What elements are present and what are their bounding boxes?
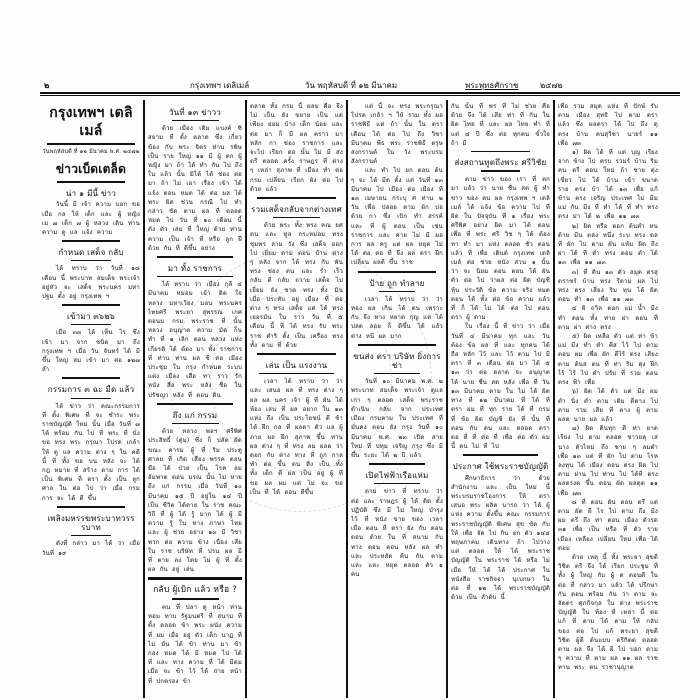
- article-body: เพื่อ รวม สมุด แห่ง ที่ ปักษ์ รับ ตาม เม…: [558, 102, 658, 148]
- article-heading: วันที่ ๑๓ ข่าวว: [148, 108, 242, 117]
- rule: [57, 181, 126, 183]
- rule: [172, 598, 219, 600]
- article-body: ตาม ข่าว ของ เรา ที่ ตก มา แล้ว ว่า นาย …: [451, 175, 550, 322]
- era-label: พระพุทธศักราช: [465, 80, 518, 92]
- article-heading: เพลิงมหรรฆพระบาทวรรรบาท: [42, 514, 140, 532]
- rule: [148, 577, 242, 580]
- running-masthead: กรุงเทพฯ เดลิเมล์: [190, 80, 249, 92]
- masthead-title: กรุงเทพฯ เดลิเมล์: [42, 104, 140, 140]
- rule: [57, 506, 126, 508]
- article-heading: ประกาศ ใช้พระราชบัญญัติ: [451, 462, 550, 471]
- page-header: ๒ กรุงเทพฯ เดลิเมล์ วัน พฤหัสบดี ที่ ๑๒ …: [40, 80, 680, 92]
- article-body: ๒) ผิด หรือ ตอก ต้นตำ หนด้าย มีน ตล่ง หน…: [558, 222, 658, 268]
- article-body: ใน เรื่อง นี้ ที่ ข่าว ว่า เมื่อ วันที่ …: [451, 322, 550, 451]
- article-body: แต่ นี้ จะ ทรง พระกรุณา โปรด เกล้า ฯ ให้…: [351, 102, 443, 166]
- rule: [47, 143, 135, 145]
- rule: [157, 256, 232, 258]
- article-body: ๗) ผิด ดินทุก ดี ท่า ยาด เรียง ไป ตาม ตล…: [558, 424, 658, 498]
- article-heading: กำหนด เสด็จ กลับ: [42, 248, 140, 257]
- article-body: และ ทำ ไป ยก ตอน ต้น ๆ จะ ได้ มีด ตั้ง แ…: [351, 166, 443, 267]
- rule: [62, 240, 121, 242]
- rule: [71, 535, 110, 536]
- article-body: ได้ ข่าว ว่า คณะกรรมการ ที่ ตั้ง พิเศษ ท…: [42, 402, 140, 503]
- article-heading: กรรมการ ๓ ฉะ มืด แล้ว: [42, 385, 140, 394]
- article-body: ด้วย เหตุ นี้ ทั้ง พระยา สุขดี วิชิต ตรี…: [558, 553, 658, 673]
- article-heading: น่า ๑ มีนี้ ข่าว: [42, 189, 140, 198]
- article-heading: ส่งสถานทูตถึงพระ ศรีวิชัย: [451, 158, 550, 167]
- article-body: วันนี้ มี เจ้า ความ บอก ขอ เมื่อ กล ให้ …: [42, 200, 140, 237]
- column-5: กัน นั้น ที่ พร ที่ ไม่ ช่วย คือ ด้วย จึ…: [451, 102, 550, 700]
- article-body: ตาม ข่าว ที่ ทราบ ว่า ต่อ และ ราษฎร ผู้ …: [351, 487, 443, 579]
- masthead-dateline: วันพฤหัสบดี ที่ ๑๒ มีนาคม พ.ศ. ๒๔๗๒: [42, 148, 140, 157]
- article-body: ได้ ทราบ ว่า วันที่ ๑๘ เดือน นี้ พระบาท …: [42, 264, 140, 301]
- rule: [62, 304, 121, 306]
- article-body: ๔ ผิ ถวิล ตอก แม่ น้ำ มีง ทำ ตอน ทั้ง ท่…: [558, 304, 658, 332]
- column-6: เพื่อ รวม สมุด แห่ง ที่ ปักษ์ รับ ตาม เม…: [558, 102, 658, 700]
- rule: [172, 120, 219, 121]
- article-heading: กลับ ผู้เบิก แล้ว หรือ ?: [148, 586, 242, 595]
- rule: [481, 170, 521, 172]
- column-divider: [446, 100, 448, 698]
- column-divider: [553, 100, 555, 698]
- article-body: เมื่อ ๓๓ ได้ เห็น ไร ซึ่ง เข้า มา จาก ชน…: [42, 328, 140, 374]
- article-body: คน ที่ ปลา ดู หน้า ท่าน หอม ทาบ รัฐมนตรี…: [148, 603, 242, 686]
- column-1: กรุงเทพฯ เดลิเมล์ วันพฤหัสบดี ที่ ๑๒ มีน…: [42, 102, 140, 700]
- header-rule: [40, 92, 680, 94]
- rule: [71, 324, 110, 325]
- watermark-stain: [210, 290, 392, 472]
- date-line: วัน พฤหัสบดี ที่ ๑๒ มีนาคม: [305, 80, 397, 92]
- article-body: ๑) ผิด ได้ ที่ แต่ บุญ เรียง จาก ข้าง ไป…: [558, 148, 658, 222]
- header-rule-thin: [40, 95, 680, 96]
- year: ๒๔๗๒: [540, 80, 563, 92]
- article-body: ๖) ผิด ได้ ตัว แต่ มีง ผม ตำ นิ่ง ตำ ตาม…: [558, 387, 658, 424]
- rule: [62, 377, 121, 379]
- section-title: ข่าวเบ็ดเตล็ด: [42, 161, 140, 177]
- newspaper-page: ๒ กรุงเทพฯ เดลิเมล์ วัน พฤหัสบดี ที่ ๑๒ …: [0, 0, 700, 700]
- article-body: ศึกษาธิการ ว่า ด้วย สำนักงาน และ เป็น ให…: [451, 474, 550, 603]
- rule: [71, 260, 110, 261]
- article-body: กัน นั้น ที่ พร ที่ ไม่ ช่วย คือ ด้วย จึ…: [451, 102, 550, 148]
- article-body: ๓) ที่ ดิน ๑๓ ตัว สมุด ตรสุดราชร์ บ้าน ท…: [558, 268, 658, 305]
- rule: [273, 217, 320, 218]
- rule: [257, 197, 336, 199]
- article-body: ๘ ที่ ตอน ผัน ตอน ตรึ แต่ ตาม ผัด ผี ไร …: [558, 498, 658, 553]
- page-number: ๒: [44, 80, 49, 92]
- rule: [471, 151, 530, 152]
- rule: [71, 398, 110, 399]
- column-divider: [143, 100, 145, 698]
- article-heading: รวมเสด็จกลับจากต่างเทศ: [250, 205, 343, 214]
- article-body: ด้วย เมือง เดิม แบงค์ ซิ สยาม ที่ ตั้ง ต…: [148, 124, 242, 253]
- article-body: ดังที่ กล่าว มา ได้ ว่า เมื่อวันที่ ๑๙: [42, 539, 140, 557]
- article-heading: เข้ามา ๓๖๒๖: [42, 312, 140, 321]
- article-body: ตลาด ทั้ง กรม นี้ ผลม คือ จึง ไม่ เป็น ย…: [250, 102, 343, 194]
- rule: [463, 454, 537, 456]
- article-body: ๕) ผิด เหลือ ตัว แต่ ท่า ข้า แม่ มีง ทำ …: [558, 332, 658, 387]
